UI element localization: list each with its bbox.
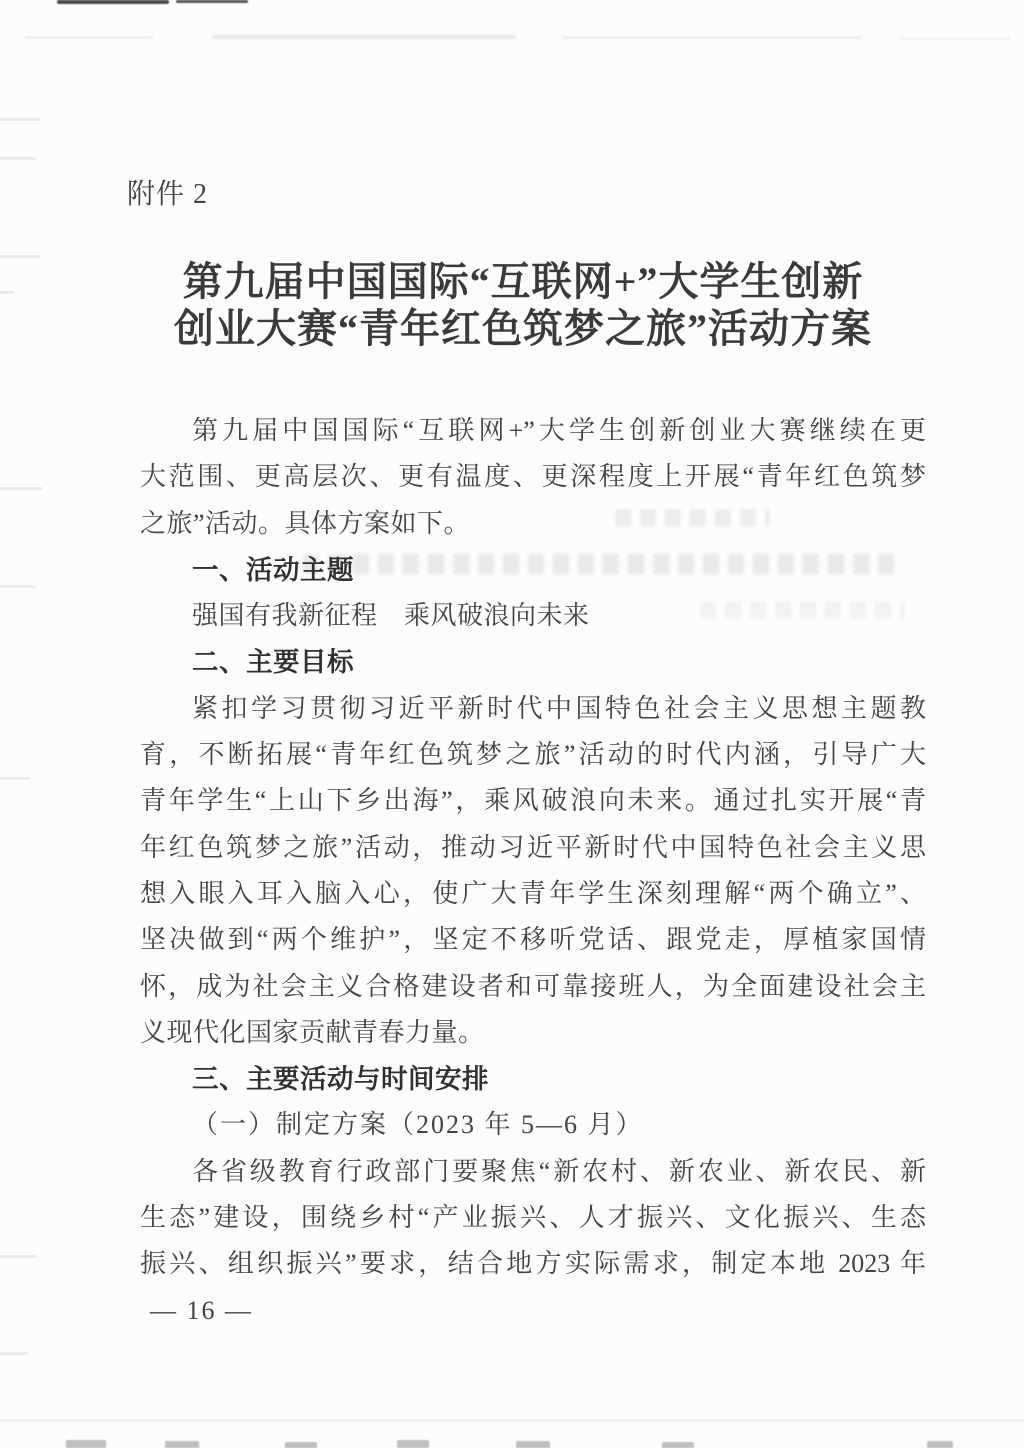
section-heading-2: 二、主要目标	[140, 639, 926, 685]
body-line: 年红色筑梦之旅”活动，推动习近平新时代中国特色社会主义思	[140, 825, 926, 871]
body-line: 振兴、组织振兴”要求，结合地方实际需求，制定本地 2023 年	[140, 1241, 926, 1287]
title-line-1: 第九届中国国际“互联网+”大学生创新	[22, 258, 1024, 305]
scan-artifact-margin-tick	[0, 1255, 36, 1258]
scan-artifact-next-page-edge	[397, 1440, 429, 1448]
scan-artifact-top-streak	[176, 0, 248, 3]
scan-artifact-margin-tick	[0, 118, 40, 121]
scan-artifact-bottom-line	[0, 1419, 1024, 1422]
document-body: 第九届中国国际“互联网+”大学生创新创业大赛继续在更 大范围、更高层次、更有温度…	[140, 408, 926, 1288]
document-title: 第九届中国国际“互联网+”大学生创新 创业大赛“青年红色筑梦之旅”活动方案	[22, 258, 1024, 352]
body-line: 大范围、更高层次、更有温度、更深程度上开展“青年红色筑梦	[140, 454, 926, 500]
body-line: 各省级教育行政部门要聚焦“新农村、新农业、新农民、新	[140, 1149, 926, 1195]
section-heading-3: 三、主要活动与时间安排	[140, 1056, 926, 1102]
scan-artifact-next-page-edge	[662, 1442, 694, 1448]
scan-artifact-next-page-edge	[66, 1440, 106, 1448]
scan-artifact-margin-tick	[0, 487, 42, 490]
scan-artifact-margin-tick	[0, 157, 36, 160]
body-line: 坚决做到“两个维护”，坚定不移听党话、跟党走，厚植家国情	[140, 917, 926, 963]
body-line: 之旅”活动。具体方案如下。	[140, 501, 926, 547]
scan-artifact-faint-line	[212, 35, 516, 39]
scan-artifact-faint-line	[562, 36, 862, 39]
title-line-2: 创业大赛“青年红色筑梦之旅”活动方案	[22, 305, 1024, 352]
scan-artifact-margin-tick	[0, 777, 30, 780]
attachment-label: 附件 2	[127, 178, 208, 212]
scan-artifact-margin-tick	[0, 291, 14, 294]
body-line: 义现代化国家贡献青春力量。	[140, 1010, 926, 1056]
scan-artifact-margin-tick	[0, 1352, 28, 1355]
subsection-heading: （一）制定方案（2023 年 5—6 月）	[140, 1102, 926, 1148]
scan-artifact-faint-line	[25, 36, 153, 39]
page-number: — 16 —	[150, 1288, 253, 1334]
section-heading-1: 一、活动主题	[140, 547, 926, 593]
scan-artifact-faint-line	[900, 37, 1010, 40]
body-line: 育，不断拓展“青年红色筑梦之旅”活动的时代内涵，引导广大	[140, 732, 926, 778]
scan-artifact-next-page-edge	[516, 1441, 550, 1448]
body-line: 生态”建设，围绕乡村“产业振兴、人才振兴、文化振兴、生态	[140, 1195, 926, 1241]
body-line: 紧扣学习贯彻习近平新时代中国特色社会主义思想主题教	[140, 686, 926, 732]
body-line: 想入眼入耳入脑入心，使广大青年学生深刻理解“两个确立”、	[140, 871, 926, 917]
scan-artifact-margin-tick	[0, 585, 36, 588]
body-line: 第九届中国国际“互联网+”大学生创新创业大赛继续在更	[140, 408, 926, 454]
scanned-document-page: 附件 2 第九届中国国际“互联网+”大学生创新 创业大赛“青年红色筑梦之旅”活动…	[0, 0, 1024, 1448]
scan-artifact-next-page-edge	[927, 1441, 953, 1448]
scan-artifact-top-streak	[57, 0, 169, 4]
body-line: 怀，成为社会主义合格建设者和可靠接班人，为全面建设社会主	[140, 964, 926, 1010]
scan-artifact-next-page-edge	[165, 1441, 199, 1448]
body-line: 青年学生“上山下乡出海”，乘风破浪向未来。通过扎实开展“青	[140, 778, 926, 824]
theme-line: 强国有我新征程 乘风破浪向未来	[140, 593, 926, 639]
scan-artifact-next-page-edge	[285, 1442, 317, 1448]
